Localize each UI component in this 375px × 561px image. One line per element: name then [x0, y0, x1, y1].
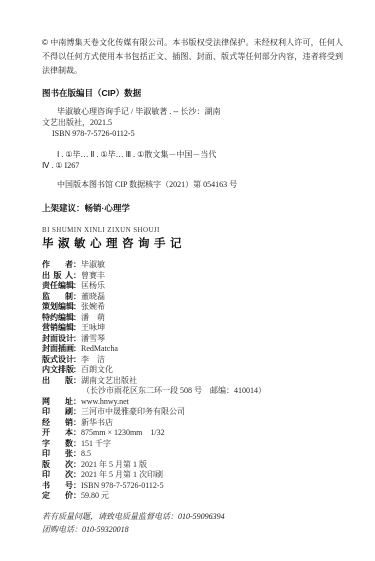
credit-label: 监制 — [42, 292, 73, 303]
credit-value: RedMatcha — [81, 344, 118, 353]
credit-row-cover-design: 封面设计：潘雪琴 — [42, 334, 343, 345]
credit-row-word-count: 字数：151 千字 — [42, 439, 343, 450]
credit-colon: ： — [73, 334, 81, 343]
credit-colon: ： — [73, 460, 81, 469]
credit-colon: ： — [73, 281, 81, 290]
credit-row-format: 开本：875mm × 1230mm 1/32 — [42, 428, 343, 439]
credit-row-printing: 印次：2021 年 5 月第 1 次印刷 — [42, 470, 343, 481]
credit-label: 特约编辑 — [42, 313, 73, 324]
credit-colon: ： — [73, 449, 81, 458]
credit-colon: ： — [73, 323, 81, 332]
credit-value: 毕淑敏 — [81, 260, 105, 269]
credit-colon: ： — [73, 292, 81, 301]
credit-value: 151 千字 — [81, 439, 111, 448]
credit-colon: ： — [73, 365, 81, 374]
credits-list: 作者：毕淑敏 出版人：曾赛丰 责任编辑：匡杨乐 监制：董晓磊 策划编辑：张婉希 … — [42, 260, 343, 502]
cip-registry-line: 中国版本图书馆 CIP 数据核字（2021）第 054163 号 — [42, 179, 343, 190]
credit-row-printer: 印刷：三河市中晟雅豪印务有限公司 — [42, 407, 343, 418]
credit-label: 定价 — [42, 491, 73, 502]
credit-colon: ： — [73, 439, 81, 448]
credit-label: 书号 — [42, 481, 73, 492]
cip-class-line: Ⅰ . ①毕… Ⅱ . ①毕… Ⅲ . ①散文集－中国－当代 — [42, 149, 343, 160]
credit-row-supervisor: 监制：董晓磊 — [42, 292, 343, 303]
credit-value: 湖南文艺出版社 — [81, 376, 137, 385]
credit-row-responsible-editor: 责任编辑：匡杨乐 — [42, 281, 343, 292]
book-title: 毕淑敏心理咨询手记 — [42, 235, 343, 251]
cip-isbn-line: ISBN 978-7-5726-0112-5 — [42, 128, 343, 139]
credit-colon: ： — [73, 491, 81, 500]
credit-row-price: 定价：59.80 元 — [42, 491, 343, 502]
credit-colon: ： — [73, 428, 81, 437]
credit-label: 开本 — [42, 428, 73, 439]
credit-label: 印次 — [42, 470, 73, 481]
title-pinyin: BI SHUMIN XINLI ZIXUN SHOUJI — [42, 226, 343, 234]
credit-row-special-editor: 特约编辑：潘 萌 — [42, 313, 343, 324]
credit-row-author: 作者：毕淑敏 — [42, 260, 343, 271]
credit-label: 印刷 — [42, 407, 73, 418]
credit-label: 营销编辑 — [42, 323, 73, 334]
credit-value: 百朗文化 — [81, 365, 113, 374]
credit-value: www.hnwy.net — [81, 397, 129, 406]
cip-class-line: Ⅳ . ① I267 — [42, 160, 343, 171]
credit-label: 策划编辑 — [42, 302, 73, 313]
credit-row-cover-illustration: 封面插画：RedMatcha — [42, 344, 343, 355]
credit-label: 出版 — [42, 376, 73, 387]
credit-value: 8.5 — [81, 449, 91, 458]
publisher-address: （长沙市雨花区东二环一段 508 号 邮编：410014） — [42, 386, 343, 397]
credit-colon: ： — [73, 397, 81, 406]
credit-label: 经销 — [42, 418, 73, 429]
quality-notice: 若有质量问题，请致电质量监督电话：010-59096394 团购电话：010-5… — [42, 510, 343, 536]
credit-row-planning-editor: 策划编辑：张婉希 — [42, 302, 343, 313]
credit-row-website: 网址：www.hnwy.net — [42, 397, 343, 408]
credit-value: 三河市中晟雅豪印务有限公司 — [81, 407, 185, 416]
credit-value: 曾赛丰 — [81, 271, 105, 280]
group-purchase-line: 团购电话：010-59320018 — [42, 523, 343, 536]
credit-value: 李 洁 — [81, 355, 105, 364]
credit-row-typesetting: 内文排版：百朗文化 — [42, 365, 343, 376]
credit-label: 印张 — [42, 449, 73, 460]
credit-value: 新华书店 — [81, 418, 113, 427]
credit-label: 字数 — [42, 439, 73, 450]
credit-value: 张婉希 — [81, 302, 105, 311]
shelf-suggestion: 上架建议：畅销·心理学 — [42, 202, 343, 214]
credit-label: 封面插画 — [42, 344, 73, 355]
credit-row-distributor: 经销：新华书店 — [42, 418, 343, 429]
copyright-notice: © 中南博集天卷文化传媒有限公司。本书版权受法律保护。未经权利人许可，任何人不得… — [42, 36, 343, 78]
cip-record-line: 毕淑敏心理咨询手记 / 毕淑敏著 . -- 长沙：湖南 — [42, 106, 343, 117]
credit-value: 59.80 元 — [81, 491, 109, 500]
cip-record: 毕淑敏心理咨询手记 / 毕淑敏著 . -- 长沙：湖南 文艺出版社，2021.5… — [42, 106, 343, 139]
credit-row-sheets: 印张：8.5 — [42, 449, 343, 460]
credit-value: 2021 年 5 月第 1 次印刷 — [81, 470, 163, 479]
credit-label: 网址 — [42, 397, 73, 408]
cip-heading: 图书在版编目（CIP）数据 — [42, 87, 343, 99]
credit-row-marketing-editor: 营销编辑：王咏坤 — [42, 323, 343, 334]
credit-value: 潘雪琴 — [81, 334, 105, 343]
credit-label: 责任编辑 — [42, 281, 73, 292]
credit-colon: ： — [73, 470, 81, 479]
cip-classification: Ⅰ . ①毕… Ⅱ . ①毕… Ⅲ . ①散文集－中国－当代 Ⅳ . ① I26… — [42, 149, 343, 171]
credit-row-layout-design: 版式设计：李 洁 — [42, 355, 343, 366]
credit-colon: ： — [73, 313, 81, 322]
credit-colon: ： — [73, 260, 81, 269]
credit-row-publisher: 出版：湖南文艺出版社 — [42, 376, 343, 387]
copyright-page: © 中南博集天卷文化传媒有限公司。本书版权受法律保护。未经权利人许可，任何人不得… — [0, 0, 375, 561]
credit-colon: ： — [73, 302, 81, 311]
credit-value: 董晓磊 — [81, 292, 105, 301]
credit-value: 王咏坤 — [81, 323, 105, 332]
credit-label: 版式设计 — [42, 355, 73, 366]
quality-hotline-line: 若有质量问题，请致电质量监督电话：010-59096394 — [42, 510, 343, 523]
credit-colon: ： — [73, 355, 81, 364]
credit-label: 出版人 — [42, 271, 73, 282]
credit-label: 版次 — [42, 460, 73, 471]
credit-value: 875mm × 1230mm 1/32 — [81, 428, 165, 437]
credit-label: 内文排版 — [42, 365, 73, 376]
credit-value: 潘 萌 — [81, 313, 105, 322]
credit-colon: ： — [73, 344, 81, 353]
credit-row-edition: 版次：2021 年 5 月第 1 版 — [42, 460, 343, 471]
credit-value: ISBN 978-7-5726-0112-5 — [81, 481, 164, 490]
credit-colon: ： — [73, 481, 81, 490]
credit-value: 匡杨乐 — [81, 281, 105, 290]
credit-colon: ： — [73, 407, 81, 416]
credit-row-isbn: 书号：ISBN 978-7-5726-0112-5 — [42, 481, 343, 492]
credit-label: 封面设计 — [42, 334, 73, 345]
credit-label: 作者 — [42, 260, 73, 271]
credit-colon: ： — [73, 271, 81, 280]
cip-record-line: 文艺出版社，2021.5 — [42, 117, 343, 128]
credit-value: 2021 年 5 月第 1 版 — [81, 460, 147, 469]
credit-colon: ： — [73, 376, 81, 385]
credit-row-publisher-person: 出版人：曾赛丰 — [42, 271, 343, 282]
credit-colon: ： — [73, 418, 81, 427]
